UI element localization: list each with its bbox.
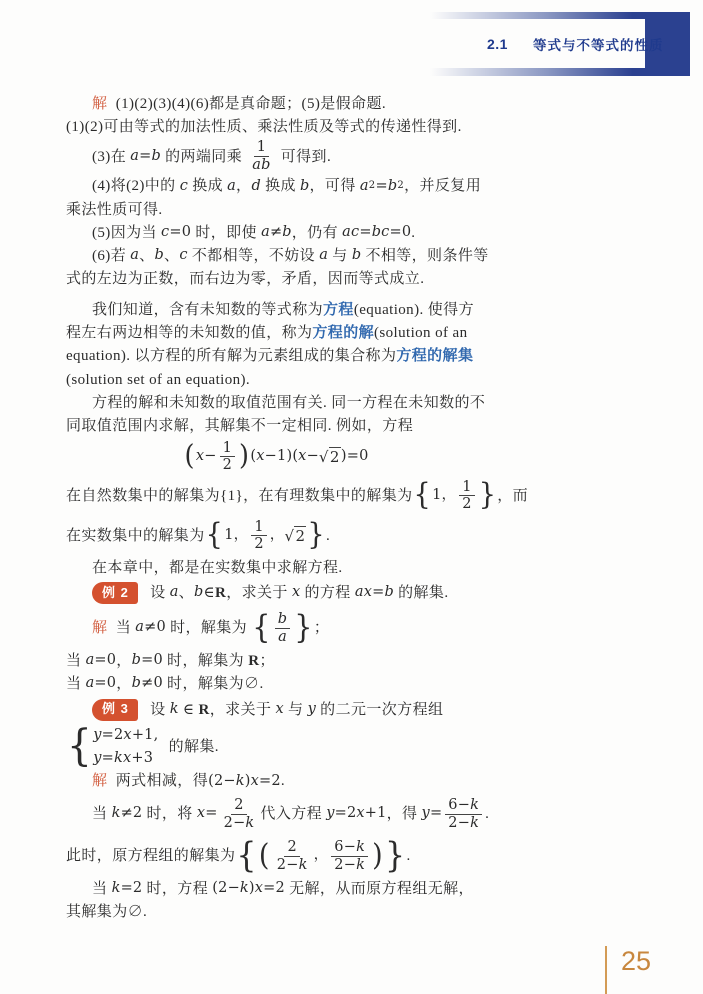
- fraction: 22−k: [274, 839, 311, 873]
- math-run: b: [352, 247, 361, 264]
- radical: √2: [319, 448, 341, 466]
- text-run: (6)若: [92, 247, 130, 265]
- math-run: ab: [252, 157, 270, 173]
- math-run: b≠0: [132, 675, 163, 692]
- math-run: y: [308, 701, 316, 718]
- fraction-numerator: 2: [231, 797, 246, 815]
- text-run: (1)(2)(3)(4)(6)都是真命题；(5)是假命题.: [107, 95, 386, 113]
- math-run: (2−k)x=2: [208, 773, 281, 790]
- text-run: 式的左边为正数，而右边为零，矛盾，因而等式成立.: [66, 270, 424, 288]
- math-run: 2: [234, 797, 243, 813]
- math-run: x=: [197, 805, 218, 822]
- math-run: x: [292, 584, 300, 601]
- text-run: 在实数集中的解集为: [66, 527, 205, 545]
- text-line: 方程的解和未知数的取值范围有关. 同一方程在未知数的不: [66, 391, 486, 414]
- text-line: 式的左边为正数，而右边为零，矛盾，因而等式成立.: [66, 268, 486, 291]
- text-line: (3)在 a=b 的两端同乘 1ab 可得到.: [66, 139, 486, 175]
- math-run: c: [180, 178, 188, 195]
- text-line: 在本章中，都是在实数集中求解方程.: [66, 556, 486, 579]
- text-run: ，求关于: [226, 584, 292, 602]
- math-run: a=b: [130, 148, 161, 165]
- text-run: ∈: [179, 701, 199, 719]
- text-run: ，并反复用: [404, 177, 481, 195]
- math-run: a=0: [86, 675, 117, 692]
- text-run: 无解，从而原方程组无解，: [285, 880, 474, 898]
- text-run: 时，解集为: [163, 652, 248, 670]
- big-delimiter: }: [307, 523, 325, 548]
- text-run: 方程: [323, 301, 354, 319]
- text-run: ，得: [387, 805, 422, 823]
- text-run: ∈: [203, 584, 215, 602]
- text-line: 当 k≠2 时，将 x=22−k代入方程 y=2x+1，得 y=6−k2−k.: [66, 793, 486, 835]
- text-run: .: [326, 527, 330, 545]
- math-run: 2: [254, 536, 263, 552]
- math-run: (2−k)x=2: [212, 880, 285, 897]
- text-run: 解: [92, 95, 107, 113]
- big-delimiter: ): [239, 445, 249, 469]
- text-run: 时，解集为∅.: [163, 675, 264, 693]
- text-line: 乘法性质可得.: [66, 198, 486, 221]
- radicand: 2: [329, 447, 341, 466]
- math-run: a=0: [86, 652, 117, 669]
- text-run: 当: [92, 805, 112, 823]
- text-run: 的解集.: [394, 584, 449, 602]
- text-line: 同取值范围内求解，其解集不一定相同. 例如，方程: [66, 415, 486, 438]
- math-run: b: [388, 178, 397, 195]
- math-run: 1: [462, 479, 471, 495]
- text-line: 我们知道，含有未知数的等式称为方程(equation). 使得方: [66, 298, 486, 321]
- fraction: 1ab: [249, 139, 273, 173]
- text-column: 解 (1)(2)(3)(4)(6)都是真命题；(5)是假命题.(1)(2)可由等…: [66, 92, 486, 924]
- text-run: 方程的解集: [396, 347, 473, 365]
- text-run: .: [485, 805, 489, 823]
- fraction-denominator: ab: [249, 157, 273, 174]
- equation-row: y=2x+1,: [93, 724, 158, 746]
- text-run: 的解集.: [164, 738, 219, 756]
- fraction-numerator: 1: [254, 139, 269, 157]
- text-run: ，仍有: [292, 224, 342, 242]
- radicand: 2: [294, 526, 306, 545]
- equation-system-rows: y=2x+1,y=kx+3: [93, 724, 158, 769]
- text-run: 不相等，则条件等: [361, 247, 488, 265]
- fraction: 12: [220, 440, 235, 474]
- text-run: 、: [164, 247, 179, 265]
- math-run: a≠0: [135, 619, 166, 636]
- text-run: ，求关于: [210, 701, 276, 719]
- math-run: 2: [223, 457, 232, 473]
- text-run: equation). 以方程的所有解为元素组成的集合称为: [66, 347, 396, 365]
- big-delimiter: {: [252, 615, 271, 642]
- math-run: b: [278, 611, 287, 627]
- text-run: 其解集为∅.: [66, 903, 147, 921]
- text-line: 解 当 a≠0 时，解集为 {ba}；: [66, 607, 486, 649]
- math-run: b=0: [132, 652, 163, 669]
- text-line: (solution set of an equation).: [66, 368, 486, 391]
- fraction-denominator: 2−k: [331, 857, 368, 874]
- text-run: 时，解集为: [166, 619, 251, 637]
- math-run: 2: [462, 496, 471, 512]
- text-run: (3)在: [92, 148, 130, 166]
- text-line: (1)(2)可由等式的加法性质、乘法性质及等式的传递性得到.: [66, 115, 486, 138]
- fraction-numerator: 1: [220, 440, 235, 458]
- equation-row: y=kx+3: [93, 747, 153, 769]
- big-delimiter: {: [206, 523, 224, 548]
- text-run: 方程的解和未知数的取值范围有关. 同一方程在未知数的不: [92, 394, 485, 412]
- math-run: 1，: [432, 487, 456, 504]
- big-delimiter: {: [414, 483, 432, 508]
- fraction-denominator: a: [275, 629, 290, 646]
- math-run: =: [376, 178, 388, 195]
- math-run: )=0: [341, 448, 369, 465]
- math-run: x: [276, 701, 284, 718]
- math-run: x−: [196, 448, 217, 465]
- text-line: 解 (1)(2)(3)(4)(6)都是真命题；(5)是假命题.: [66, 92, 486, 115]
- text-line: 当 a=0，b≠0 时，解集为∅.: [66, 672, 486, 695]
- textbook-page: { "header": { "section": "2.1", "title":…: [0, 0, 703, 994]
- text-run: 时，方程: [142, 880, 212, 898]
- math-run: k: [170, 701, 179, 718]
- math-run: 6−k: [334, 839, 365, 855]
- text-run: 方程的解: [312, 324, 374, 342]
- math-run: ，: [270, 527, 285, 544]
- radical: √2: [284, 527, 306, 545]
- fraction: 6−k2−k: [331, 839, 368, 873]
- example-badge: 例 2: [92, 582, 138, 604]
- text-run: .: [406, 847, 410, 865]
- fraction: ba: [275, 611, 290, 645]
- text-run: (4)将(2)中的: [92, 177, 180, 195]
- math-run: (x−1)(x−: [250, 448, 319, 465]
- text-run: 与: [328, 247, 352, 265]
- math-run: 1: [257, 139, 266, 155]
- text-run: 可得到.: [277, 148, 332, 166]
- text-line: 此时，原方程组的解集为{(22−k，6−k2−k)}.: [66, 835, 486, 877]
- text-line: (x−12)(x−1)(x−√2)=0: [66, 438, 486, 476]
- text-line: 在自然数集中的解集为{1}，在有理数集中的解集为{1，12}，而: [66, 476, 486, 516]
- text-line: 程左右两边相等的未知数的值，称为方程的解(solution of an: [66, 321, 486, 344]
- text-run: .: [411, 224, 415, 242]
- text-line: 在实数集中的解集为{1，12，√2}.: [66, 516, 486, 556]
- fraction-numerator: b: [275, 611, 290, 629]
- fraction-numerator: 6−k: [445, 797, 482, 815]
- text-run: (5)因为当: [92, 224, 161, 242]
- fraction-numerator: 1: [459, 479, 474, 497]
- text-line: 其解集为∅.: [66, 900, 486, 923]
- text-run: 在本章中，都是在实数集中求解方程.: [92, 559, 343, 577]
- text-run: 解: [92, 619, 107, 637]
- text-run: 在自然数集中的解集为{1}，在有理数集中的解集为: [66, 487, 413, 505]
- math-run: y=2x+1,: [93, 727, 158, 743]
- text-run: 时，将: [142, 805, 197, 823]
- text-run: 两式相减，得: [107, 772, 208, 790]
- text-line: (6)若 a、b、c 不都相等，不妨设 a 与 b 不相等，则条件等: [66, 244, 486, 267]
- text-run: (solution of an: [374, 324, 468, 342]
- text-line: 例 2 设 a、b∈R，求关于 x 的方程 ax=b 的解集.: [66, 579, 486, 607]
- text-run: ；: [259, 652, 274, 670]
- fraction-denominator: 2−k: [274, 857, 311, 874]
- text-run: ，可得: [310, 177, 360, 195]
- text-run: 时，即使: [191, 224, 261, 242]
- text-run: 当: [66, 675, 86, 693]
- text-run: ，而: [497, 487, 528, 505]
- big-delimiter: (: [259, 843, 270, 868]
- text-run: ；: [314, 619, 329, 637]
- math-run: b: [194, 584, 203, 601]
- text-run: .: [281, 772, 285, 790]
- math-run: 1，: [224, 527, 248, 544]
- fraction-denominator: 2: [251, 536, 266, 553]
- fraction: 22−k: [221, 797, 258, 831]
- fraction: 12: [459, 479, 474, 513]
- fraction-numerator: 1: [251, 519, 266, 537]
- header-banner: 2.1 等式与不等式的性质: [430, 12, 690, 76]
- fraction-numerator: 2: [284, 839, 299, 857]
- math-run: y=2x+1: [326, 805, 386, 822]
- text-run: 、: [139, 247, 154, 265]
- big-delimiter: {: [67, 729, 92, 765]
- big-delimiter: }: [294, 615, 313, 642]
- text-run: 、: [179, 584, 194, 602]
- math-run: c=0: [161, 224, 191, 241]
- big-delimiter: }: [479, 483, 497, 508]
- section-title: 等式与不等式的性质: [533, 34, 664, 54]
- big-delimiter: ): [372, 843, 383, 868]
- math-run: 2−k: [224, 815, 255, 831]
- text-line: 当 a=0，b=0 时，解集为 R；: [66, 649, 486, 672]
- math-run: a: [319, 247, 328, 264]
- footer-rule: [605, 946, 607, 994]
- text-run: 当: [66, 652, 86, 670]
- text-run: 当: [107, 619, 135, 637]
- page-number: 25: [621, 946, 651, 977]
- math-run: a: [130, 247, 139, 264]
- math-run: ac=bc=0: [342, 224, 411, 241]
- text-run: R: [248, 652, 259, 670]
- math-run: k=2: [112, 880, 143, 897]
- math-run: b: [155, 247, 164, 264]
- text-line: (5)因为当 c=0 时，即使 a≠b，仍有 ac=bc=0.: [66, 221, 486, 244]
- header-title-box: 2.1 等式与不等式的性质: [430, 19, 645, 68]
- example-badge: 例 3: [92, 699, 138, 721]
- text-run: (solution set of an equation).: [66, 371, 250, 389]
- text-line: (4)将(2)中的 c 换成 a，d 换成 b，可得 a2=b2，并反复用: [66, 175, 486, 198]
- math-run: y=: [422, 805, 443, 822]
- math-run: 1: [254, 519, 263, 535]
- math-run: 1: [223, 440, 232, 456]
- math-run: 6−k: [448, 797, 479, 813]
- fraction-denominator: 2−k: [445, 815, 482, 832]
- fraction-numerator: 6−k: [331, 839, 368, 857]
- text-run: R: [215, 584, 226, 602]
- math-run: k≠2: [112, 805, 143, 822]
- math-run: 2−k: [334, 857, 365, 873]
- text-run: 当: [92, 880, 112, 898]
- section-number: 2.1: [487, 36, 508, 52]
- text-run: ，: [236, 177, 251, 195]
- big-delimiter: (: [185, 445, 195, 469]
- text-run: 与: [284, 701, 308, 719]
- text-run: 程左右两边相等的未知数的值，称为: [66, 324, 312, 342]
- text-line: 解 两式相减，得(2−k)x=2.: [66, 770, 486, 793]
- text-line: 当 k=2 时，方程 (2−k)x=2 无解，从而原方程组无解，: [66, 877, 486, 900]
- math-run: 2−k: [448, 815, 479, 831]
- math-run: d: [251, 178, 260, 195]
- text-run: (1)(2)可由等式的加法性质、乘法性质及等式的传递性得到.: [66, 118, 462, 136]
- text-line: equation). 以方程的所有解为元素组成的集合称为方程的解集: [66, 345, 486, 368]
- text-line: 例 3 设 k ∈ R，求关于 x 与 y 的二元一次方程组: [66, 696, 486, 724]
- math-run: b: [300, 178, 309, 195]
- text-run: 此时，原方程组的解集为: [66, 847, 235, 865]
- big-delimiter: }: [385, 841, 405, 870]
- fraction-denominator: 2−k: [221, 815, 258, 832]
- text-run: 代入方程: [260, 805, 326, 823]
- text-run: 的方程: [300, 584, 355, 602]
- math-run: a: [360, 178, 369, 195]
- math-run: 2: [287, 839, 296, 855]
- text-run: 设: [142, 584, 170, 602]
- text-line: {y=2x+1,y=kx+3 的解集.: [66, 724, 486, 770]
- text-run: 的两端同乘: [161, 148, 246, 166]
- fraction-denominator: 2: [220, 457, 235, 474]
- math-run: a: [227, 178, 236, 195]
- math-run: ，: [314, 847, 329, 864]
- text-run: 换成: [188, 177, 227, 195]
- text-run: 换成: [261, 177, 300, 195]
- text-run: (equation). 使得方: [354, 301, 474, 319]
- text-run: ，: [116, 675, 131, 693]
- math-run: a≠b: [261, 224, 292, 241]
- fraction-denominator: 2: [459, 496, 474, 513]
- text-run: ，: [116, 652, 131, 670]
- math-run: ax=b: [355, 584, 394, 601]
- text-run: 同取值范围内求解，其解集不一定相同. 例如，方程: [66, 417, 413, 435]
- math-run: y=kx+3: [93, 750, 153, 766]
- text-run: R: [199, 701, 210, 719]
- math-run: 2−k: [277, 857, 308, 873]
- math-run: a: [278, 629, 287, 645]
- text-run: 不都相等，不妨设: [188, 247, 320, 265]
- text-run: 我们知道，含有未知数的等式称为: [92, 301, 323, 319]
- text-run: 乘法性质可得.: [66, 201, 163, 219]
- fraction: 6−k2−k: [445, 797, 482, 831]
- text-run: 的二元一次方程组: [316, 701, 443, 719]
- math-run: a: [170, 584, 179, 601]
- text-run: 设: [142, 701, 170, 719]
- text-run: 解: [92, 772, 107, 790]
- big-delimiter: {: [236, 841, 256, 870]
- fraction: 12: [251, 519, 266, 553]
- math-run: c: [179, 247, 187, 264]
